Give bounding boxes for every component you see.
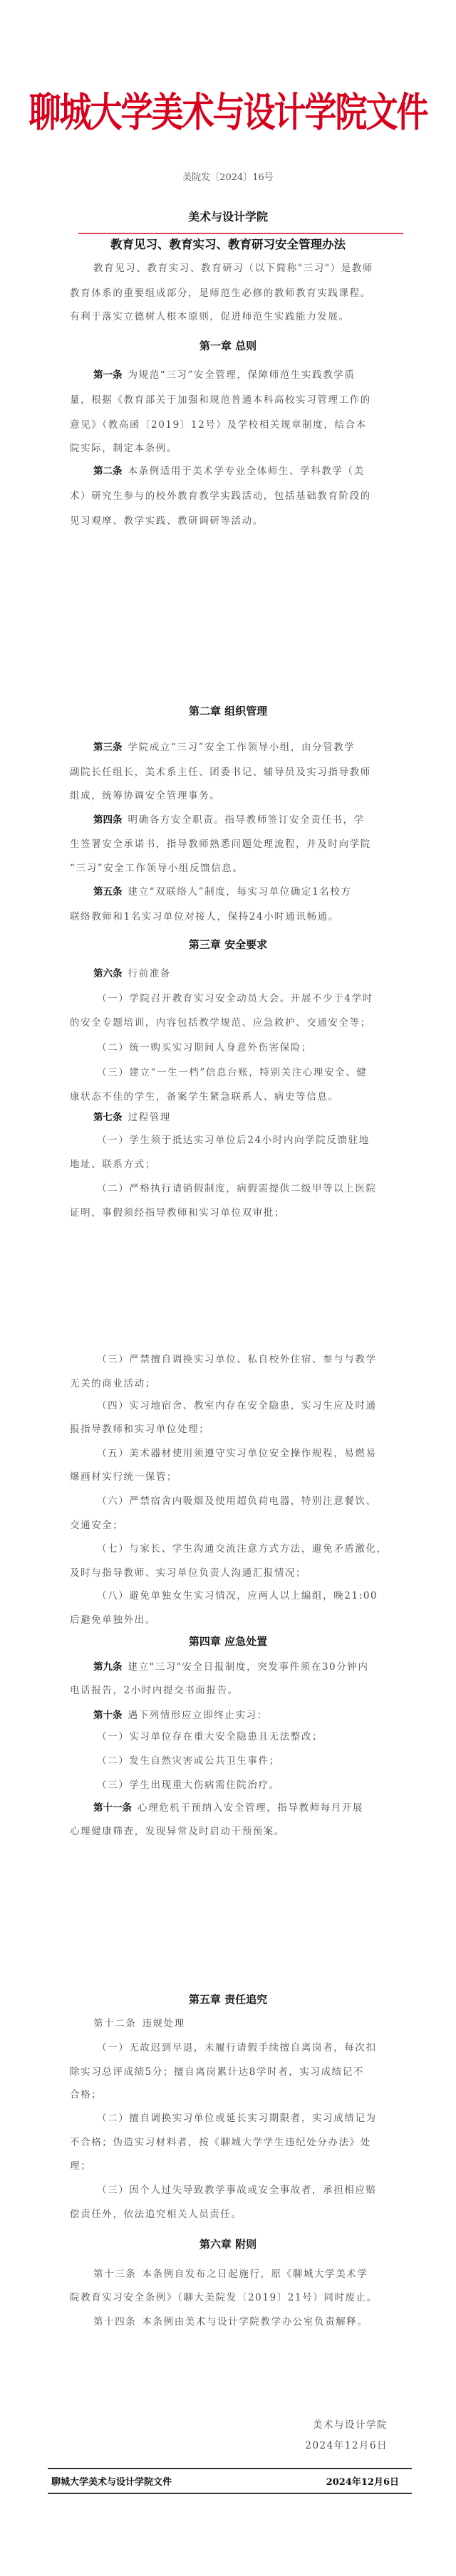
- article-line: 见习观摩、教学实践、教研调研等活动。: [70, 514, 388, 528]
- article-line: 后避免单独外出。: [70, 1613, 388, 1627]
- article-line: 爆画材实行统一保管；: [70, 1470, 388, 1484]
- article-label: 第五条: [93, 886, 123, 898]
- article-line: 心理健康筛查，发现异常及时启动干预预案。: [70, 1824, 388, 1839]
- document-number: 美院发〔2024〕16号: [0, 169, 456, 183]
- article-line: 的安全专题培训，内容包括教学规范、应急救护、交通安全等；: [70, 1016, 388, 1030]
- article-line: 无关的商业活动；: [70, 1377, 388, 1391]
- article-item: （三）严禁擅自调换实习单位、私自校外住宿、参与与教学: [97, 1352, 415, 1367]
- article-item: （三）因个人过失导致教学事故或安全事故者，承担相应赔: [97, 2183, 415, 2197]
- article-line: 证明，事假须经指导教师和实习单位双审批；: [70, 1206, 388, 1220]
- article-item: （二）发生自然灾害或公共卫生事件；: [97, 1754, 415, 1768]
- chapter-heading: 第二章 组织管理: [0, 703, 456, 718]
- article-2: 第二条本条例适用于美术学专业全体师生、学科教学（美: [93, 464, 411, 478]
- article-line: 生签署安全承诺书，指导教师熟悉问题处理流程，并及时向学院: [70, 837, 388, 851]
- article-label: 第十条: [93, 1710, 123, 1721]
- article-label: 第十二条: [93, 2018, 136, 2029]
- article-item: （一）无故迟到早退，未履行请假手续擅自离岗者，每次扣: [97, 2041, 415, 2055]
- chapter-heading: 第三章 安全要求: [0, 937, 456, 952]
- article-label: 第四条: [93, 814, 123, 826]
- chapter-heading: 第五章 责任追究: [0, 1992, 456, 2007]
- article-6: 第六条行前准备: [93, 967, 411, 981]
- article-item: （七）与家长、学生沟通交流注意方式方法，避免矛盾激化，: [97, 1542, 415, 1556]
- article-label: 第九条: [93, 1661, 123, 1673]
- article-line: 合格；: [70, 2088, 388, 2102]
- footer-top-rule: [48, 2468, 412, 2469]
- article-label: 第七条: [93, 1112, 123, 1123]
- chapter-heading: 第四章 应急处置: [0, 1634, 456, 1649]
- article-line: 院教育实习安全条例》（聊大美院发〔2019〕21号）同时废止。: [70, 2291, 388, 2305]
- article-10: 第十条遇下列情形应立即终止实习：: [93, 1708, 411, 1723]
- article-line: 术）研究生参与的校外教育教学实践活动，包括基础教育阶段的: [70, 489, 388, 503]
- article-7: 第七条过程管理: [93, 1110, 411, 1125]
- article-line: 理；: [70, 2159, 388, 2173]
- article-14: 第十四条本条例由美术与设计学院教学办公室负责解释。: [93, 2315, 411, 2329]
- document-title: 教育见习、教育实习、教育研习安全管理办法: [0, 235, 456, 252]
- article-label: 第三条: [93, 742, 123, 753]
- article-line: 电话报告，2小时内提交书面报告。: [70, 1683, 388, 1698]
- article-item: （八）避免单独女生实习情况，应两人以上编组，晚21:00: [97, 1589, 415, 1603]
- article-3: 第三条学院成立“三习”安全工作领导小组，由分管教学: [93, 740, 411, 755]
- article-line: 康状态不佳的学生，备案学生紧急联系人、病史等信息。: [70, 1090, 388, 1104]
- article-line: 意见》（教高函〔2019〕12号）及学校相关规章制度，结合本: [70, 418, 388, 432]
- article-label: 第六条: [93, 968, 123, 979]
- article-13: 第十三条本条例自发布之日起施行，原《聊城大学美术学: [93, 2267, 411, 2281]
- signature-org: 美术与设计学院: [313, 2417, 388, 2431]
- footer-bottom-rule: [48, 2493, 412, 2494]
- article-item: （二）统一购买实习期间人身意外伤害保险；: [97, 1041, 415, 1055]
- header-divider: [78, 233, 403, 234]
- article-item: （三）建立“一生一档”信息台账，特别关注心理安全、健: [97, 1066, 415, 1080]
- article-item: （一）学生须于抵达实习单位后24小时内向学院反馈驻地: [97, 1133, 415, 1147]
- article-line: 副院长任组长，美术系主任、团委书记、辅导员及实习指导教师: [70, 765, 388, 779]
- article-line: 量，根据《教育部关于加强和规范普通本科高校实习管理工作的: [70, 393, 388, 407]
- article-item: （二）严格执行请销假制度，病假需提供二级甲等以上医院: [97, 1182, 415, 1196]
- article-line: 不合格；伪造实习材料者，按《聊城大学学生违纪处分办法》处: [70, 2135, 388, 2150]
- article-label: 第一条: [93, 369, 123, 381]
- article-item: （三）学生出现重大伤病需住院治疗。: [97, 1778, 415, 1792]
- chapter-heading: 第六章 附则: [0, 2236, 456, 2251]
- signature-date: 2024年12月6日: [305, 2437, 388, 2451]
- document-header-title: 聊城大学美术与设计学院文件: [0, 86, 456, 140]
- intro-line: 有利于落实立德树人根本原则，促进师范生实践能力发展。: [70, 310, 388, 324]
- article-line: 联络教师和1名实习单位对接人，保持24小时通讯畅通。: [70, 910, 388, 924]
- article-5: 第五条建立“双联络人”制度，每实习单位确定1名校方: [93, 885, 411, 899]
- article-11: 第十一条心理危机干预纳入安全管理，指导教师每月开展: [93, 1801, 411, 1815]
- article-line: 报指导教师和实习单位处理；: [70, 1422, 388, 1436]
- article-line: 除实习总评成绩5分；擅自离岗累计达8学时者，实习成绩记不: [70, 2065, 388, 2079]
- article-item: （四）实习地宿舍、教室内存在安全隐患，实习生应及时通: [97, 1399, 415, 1413]
- org-title: 美术与设计学院: [0, 208, 456, 224]
- article-line: 组成，统筹协调安全管理事务。: [70, 789, 388, 803]
- article-line: 偿责任外，依法追究相关人员责任。: [70, 2207, 388, 2222]
- article-9: 第九条建立"三习"安全日报制度，突发事件须在30分钟内: [93, 1660, 411, 1674]
- chapter-heading: 第一章 总则: [0, 338, 456, 353]
- article-item: （六）严禁宿舍内吸烟及使用超负荷电器，特别注意餐饮、: [97, 1494, 415, 1508]
- article-12: 第十二条违规处理: [93, 2017, 411, 2031]
- article-item: （一）实习单位存在重大安全隐患且无法整改；: [97, 1730, 415, 1744]
- article-line: “三习”安全工作领导小组反馈信息。: [70, 861, 388, 876]
- article-item: （二）擅自调换实习单位或延长实习期限者，实习成绩记为: [97, 2111, 415, 2125]
- article-label: 第十一条: [93, 1802, 132, 1814]
- article-label: 第十四条: [93, 2316, 136, 2328]
- article-1: 第一条为规范“三习”安全管理，保障师范生实践教学质: [93, 368, 411, 382]
- intro-line: 教育见习、教育实习、教育研习（以下简称"三习"）是教师: [93, 261, 411, 275]
- intro-line: 教育体系的重要组成部分，是师范生必修的教师教育实践课程。: [70, 286, 388, 300]
- article-label: 第二条: [93, 466, 123, 477]
- article-line: 院实际，制定本条例。: [70, 441, 388, 456]
- article-item: （一）学院召开教育实习安全动员大会。开展不少于4学时: [97, 992, 415, 1006]
- article-line: 地址、联系方式；: [70, 1157, 388, 1172]
- article-line: 交通安全；: [70, 1518, 388, 1533]
- article-item: （五）美术器材使用须遵守实习单位安全操作规程，易燃易: [97, 1446, 415, 1461]
- footer-date: 2024年12月6日: [326, 2474, 399, 2488]
- article-4: 第四条明确各方安全职责。指导教师签订安全责任书，学: [93, 813, 411, 827]
- article-line: 及时与指导教师、实习单位负责人沟通汇报情况；: [70, 1566, 388, 1580]
- article-label: 第十三条: [93, 2269, 136, 2280]
- footer-title: 聊城大学美术与设计学院文件: [51, 2474, 172, 2488]
